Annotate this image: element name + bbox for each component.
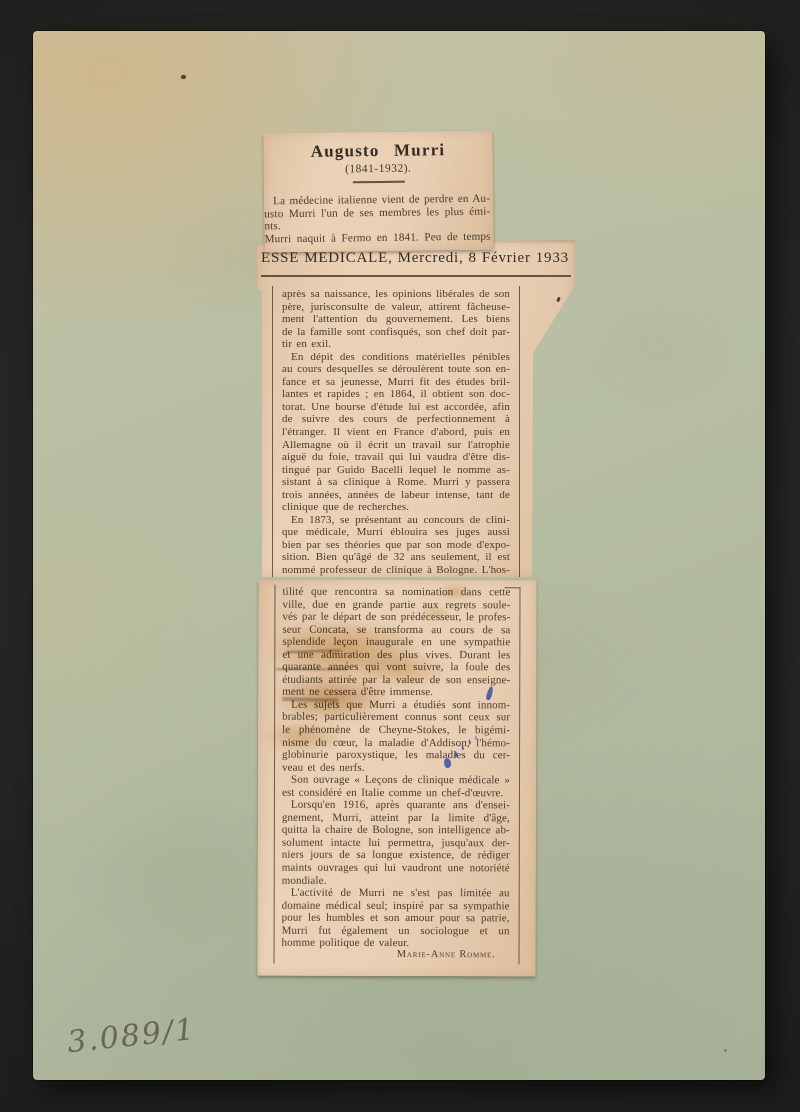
obituary-lede: La médecine italienne vient de perdre en… bbox=[264, 193, 491, 246]
obituary-dates: (1841-1932). bbox=[264, 162, 493, 177]
text-line: après sa naissance, les opinions libéral… bbox=[282, 288, 510, 301]
text-line: L'activité de Murri ne s'est pas limitée… bbox=[282, 887, 510, 900]
text-line: de suivre des cours de perfectionnement … bbox=[282, 413, 510, 426]
masthead-token: 8 bbox=[469, 250, 477, 267]
text-line: domaine médical seul; inspiré par sa sym… bbox=[282, 899, 510, 912]
text-line: bien par ses théories que par son mode d… bbox=[282, 539, 510, 552]
text-line: quitta la chaire de Bologne, son intelli… bbox=[282, 824, 510, 837]
column-rule-right bbox=[519, 286, 520, 577]
paper-speck bbox=[181, 75, 186, 79]
mount-paper: ESSE MEDICALE, Mercredi, 8 Février 1933 … bbox=[33, 31, 765, 1080]
text-line: niers jours de sa longue existence, de r… bbox=[282, 849, 510, 862]
text-line: En 1873, se présentant au concours de cl… bbox=[282, 514, 510, 527]
text-line: sistant à sa clinique à Rome. Murri y pa… bbox=[282, 476, 510, 489]
scan-page: ESSE MEDICALE, Mercredi, 8 Février 1933 … bbox=[0, 0, 800, 1112]
text-line: veau et des nerfs. bbox=[282, 761, 510, 774]
paper-speck bbox=[724, 1049, 727, 1052]
text-line: au cours desquelles se déroulèrent toute… bbox=[282, 363, 510, 376]
masthead-rule bbox=[261, 275, 571, 277]
text-line: sition. Bien qu'âgé de 32 ans seulement,… bbox=[282, 551, 510, 564]
text-line: pour les humbles et son amour pour sa pa… bbox=[282, 912, 510, 925]
text-line: tilité que rencontra sa nomination dans … bbox=[282, 586, 510, 599]
glue-stain bbox=[436, 584, 472, 600]
masthead-token: Février bbox=[482, 250, 531, 267]
journal-masthead: ESSE MEDICALE, Mercredi, 8 Février 1933 bbox=[261, 250, 569, 267]
clipping-title: Augusto Murri (1841-1932). La médecine i… bbox=[263, 131, 493, 253]
article-byline: Marie-Anne Romme. bbox=[282, 949, 510, 961]
text-line: nommé professeur de clinique à Bologne. … bbox=[282, 564, 510, 577]
masthead-token: ESSE bbox=[261, 250, 299, 267]
masthead-token: Mercredi, bbox=[398, 250, 464, 267]
text-line: trois années, années de labeur intense, … bbox=[282, 489, 510, 502]
text-line: maints ouvrages qui lui vaudront une not… bbox=[282, 862, 510, 875]
text-line: mondiale. bbox=[282, 874, 510, 887]
masthead-token: MEDICALE, bbox=[304, 250, 392, 267]
title-rule bbox=[352, 181, 404, 184]
text-line: Lorsqu'en 1916, après quarante ans d'ens… bbox=[282, 799, 510, 812]
text-line: clinique que de recherches. bbox=[282, 501, 510, 514]
text-line: tingué par Guido Bacelli lequel le nomme… bbox=[282, 464, 510, 477]
glue-stain bbox=[354, 650, 450, 690]
clipping-article-lower: tilité que rencontra sa nomination dans … bbox=[257, 580, 536, 977]
text-line: Murri fut également un sociologue et un bbox=[282, 924, 510, 937]
ghost-text-smudge bbox=[276, 668, 348, 671]
article-text-upper: après sa naissance, les opinions libéral… bbox=[282, 288, 510, 577]
text-line: Allemagne où il écrit un travail sur l'a… bbox=[282, 439, 510, 452]
text-line: Murri naquit à Fermo en 1841. Peu de tem… bbox=[265, 230, 491, 245]
text-line: est considéré en Italie comme un chef-d'… bbox=[282, 786, 510, 799]
text-line: Son ouvrage « Leçons de clinique médical… bbox=[282, 774, 510, 787]
column-rule-right bbox=[519, 587, 521, 964]
obituary-title: Augusto Murri bbox=[263, 140, 492, 163]
text-line: de la famille sont confisqués, son chef … bbox=[282, 326, 510, 339]
text-line: gnement, Murri, atteint par la limite d'… bbox=[282, 812, 510, 825]
text-line: fance et sa jeunesse, Murri fit des étud… bbox=[282, 376, 510, 389]
text-line: l'étranger. Il vient en France d'abord, … bbox=[282, 426, 510, 439]
text-line: En dépit des conditions matérielles péni… bbox=[282, 351, 510, 364]
text-line: torat. Une bourse d'étude lui est accord… bbox=[282, 401, 510, 414]
text-line: solument intacte lui permettra, jusqu'au… bbox=[282, 837, 510, 850]
glue-stain bbox=[420, 606, 450, 620]
text-line: lantes et rapides ; en 1864, il obtient … bbox=[282, 388, 510, 401]
text-line: que médicale, Murri éblouira ses juges a… bbox=[282, 526, 510, 539]
text-line: aiguë du foie, travail qui lui vaudra d'… bbox=[282, 451, 510, 464]
text-line: tir en exil. bbox=[282, 338, 510, 351]
column-rule-left bbox=[272, 286, 273, 577]
text-line: ville, due en grande partie aux regrets … bbox=[282, 598, 510, 611]
masthead-token: 1933 bbox=[536, 250, 569, 267]
clipping-article-upper: ESSE MEDICALE, Mercredi, 8 Février 1933 … bbox=[256, 240, 575, 577]
text-line: père, jurisconsulte de valeur, attirent … bbox=[282, 301, 510, 314]
glue-stain bbox=[260, 720, 350, 754]
inventory-number: 3.089/1 bbox=[66, 1009, 229, 1061]
text-line: ment l'attention du gouvernement. Les bi… bbox=[282, 313, 510, 326]
